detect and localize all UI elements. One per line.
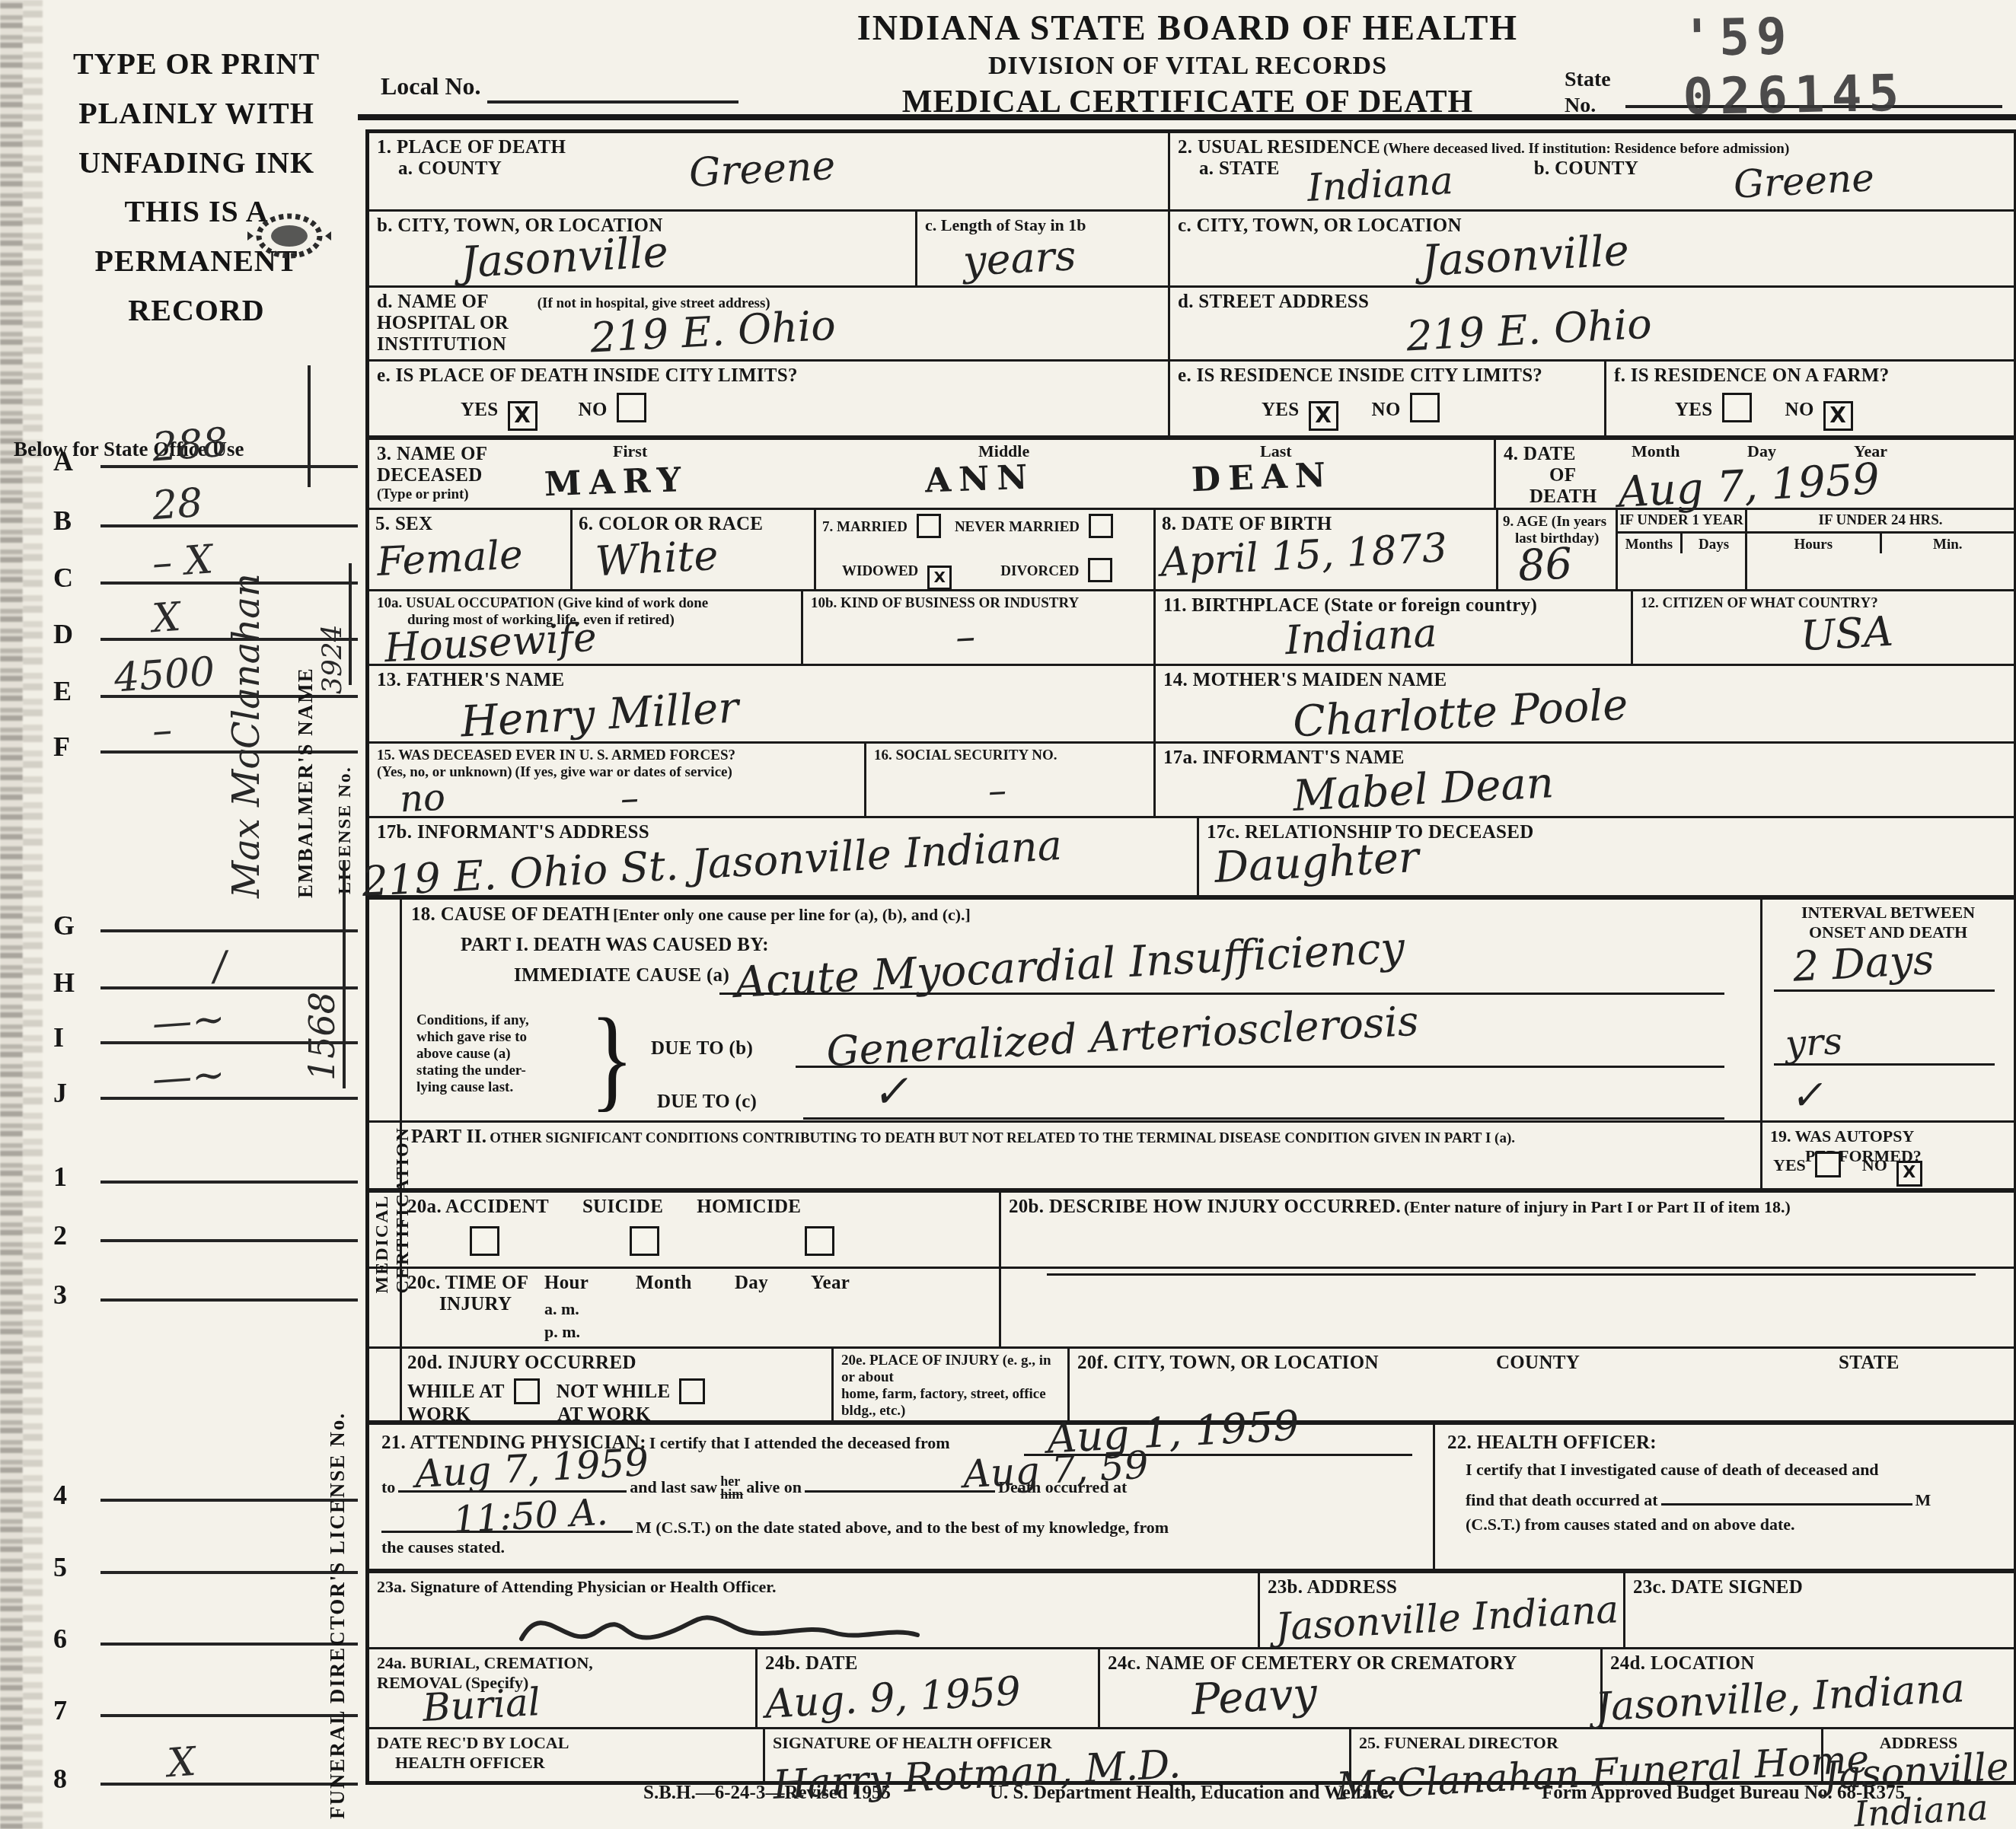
not-while-checkbox [679, 1378, 705, 1404]
armed-forces-war-value: – [620, 776, 640, 820]
yes-checkbox: X [508, 401, 537, 431]
state-office-line-5: 5 [53, 1528, 358, 1574]
line-label: 2 [53, 1219, 67, 1251]
armed-forces-note-1: (Yes, no, or unknown) [377, 764, 512, 780]
field-health-officer: 22. HEALTH OFFICER: I certify that I inv… [1435, 1425, 2014, 1569]
header-separator [358, 114, 2016, 120]
while-at-work-checkbox [514, 1378, 540, 1404]
hours-header: Hours [1747, 534, 1882, 553]
field-describe-injury: 20b. DESCRIBE HOW INJURY OCCURRED. (Ente… [1001, 1193, 2014, 1267]
month-header: Month [636, 1273, 692, 1294]
field-if-under-1-year: IF UNDER 1 YEAR Months Days [1618, 510, 1747, 589]
line-value: —~ [151, 1052, 227, 1103]
suicide-label: SUICIDE [582, 1196, 663, 1217]
line-label: 6 [53, 1623, 67, 1655]
cause-c-rule [803, 1117, 1724, 1120]
medical-certification-label: MEDICAL CERTIFICATION [372, 1031, 413, 1294]
age-label-1: 9. AGE (In years [1503, 514, 1611, 531]
line-rule [100, 1643, 358, 1646]
state-label: State [1565, 67, 1611, 93]
state-office-line-6: 6 [53, 1600, 358, 1646]
day-header: Day [735, 1273, 768, 1294]
line-value: – X [151, 537, 215, 586]
am-label: a. m. [544, 1299, 579, 1319]
death-certificate-scan: TYPE OR PRINT PLAINLY WITH UNFADING INK … [0, 0, 2016, 1829]
year-header: Year [811, 1273, 850, 1294]
field-citizen-of: 12. CITIZEN OF WHAT COUNTRY? USA [1633, 591, 2014, 664]
line-label: 8 [53, 1763, 67, 1795]
while-at-work-label-2: WORK [407, 1404, 471, 1425]
scan-edge-noise [0, 0, 23, 1829]
sex-value: Female [376, 532, 525, 585]
length-of-stay-label: c. Length of Stay in 1b [925, 215, 1160, 235]
yes-label: YES [1773, 1155, 1806, 1174]
funeral-director-license-value: 1568 [301, 898, 343, 1081]
accident-label: 20a. ACCIDENT [407, 1196, 549, 1217]
line-rule [100, 1714, 358, 1717]
injury-occurred-label: 20d. INJURY OCCURRED [407, 1353, 824, 1374]
line-value: X [151, 594, 182, 642]
line-label: 4 [53, 1479, 67, 1511]
burial-date-label: 24b. DATE [765, 1653, 1090, 1674]
conditions-line-4: stating the under- [416, 1063, 529, 1079]
no-check-mark: X [1829, 403, 1846, 428]
place-injury-label-1: 20e. PLACE OF INJURY (e. g., in or about [841, 1353, 1060, 1386]
state-office-line-8: 8X [53, 1740, 358, 1786]
part2-text: OTHER SIGNIFICANT CONDITIONS CONTRIBUTIN… [490, 1130, 1515, 1146]
field-health-officer-signature: SIGNATURE OF HEALTH OFFICER Harry Rotman… [765, 1729, 1351, 1781]
line-label: C [53, 562, 73, 594]
sex-label: 5. SEX [375, 514, 564, 535]
local-no-rule [487, 100, 738, 104]
field-place-of-death-county: 1. PLACE OF DEATH a. COUNTY Greene [369, 133, 1170, 209]
field-date-signed: 23c. DATE SIGNED [1625, 1573, 2014, 1647]
funeral-director-address-value-2: Indiana [1853, 1786, 1989, 1829]
field-length-of-stay: c. Length of Stay in 1b years [917, 212, 1170, 285]
no-label: NO [1785, 400, 1814, 420]
yes-check-mark: X [1315, 403, 1332, 428]
months-header: Months [1618, 534, 1683, 553]
due-to-c-label: DUE TO (c) [657, 1091, 757, 1113]
ssn-label: 16. SOCIAL SECURITY NO. [874, 747, 1146, 764]
field-injury-blank [1001, 1269, 2014, 1346]
father-label: 13. FATHER'S NAME [377, 670, 1146, 691]
field-time-of-injury: 20c. TIME OF Hour Month Day Year INJURY … [369, 1269, 1001, 1346]
married-label: 7. MARRIED [822, 519, 908, 535]
physician-text-4: alive on [746, 1477, 802, 1496]
widowed-mark: X [934, 568, 946, 586]
field-date-of-birth: 8. DATE OF BIRTH April 15, 1873 [1156, 510, 1498, 589]
field-death-inside-city-limits: e. IS PLACE OF DEATH INSIDE CITY LIMITS?… [369, 362, 1170, 435]
birthplace-value: Indiana [1284, 610, 1438, 664]
field-name-of-deceased: 3. NAME OF DECEASED (Type or print) Firs… [369, 440, 1496, 508]
line-value: 288 [151, 420, 229, 471]
yes-check-mark: X [514, 403, 531, 428]
state-no-label: State No. [1565, 67, 1611, 118]
never-married-checkbox [1089, 514, 1113, 538]
field-birthplace: 11. BIRTHPLACE (State or foreign country… [1156, 591, 1633, 664]
type-or-print-instructions: TYPE OR PRINT PLAINLY WITH UNFADING INK … [37, 40, 356, 336]
field-sex: 5. SEX Female [369, 510, 573, 589]
cemetery-location-value: Jasonville, Indiana [1594, 1665, 1966, 1730]
autopsy-label-1: 19. WAS AUTOPSY [1770, 1126, 2006, 1146]
father-value: Henry Miller [460, 683, 740, 747]
cause-a-value: Acute Myocardial Insufficiency [734, 923, 1406, 1008]
conditions-line-1: Conditions, if any, [416, 1012, 529, 1029]
part1-label: PART I. DEATH WAS CAUSED BY: [461, 935, 769, 956]
cause-b-value: Generalized Arteriosclerosis [825, 997, 1420, 1076]
line-rule [100, 1499, 358, 1502]
residence-city-value: Jasonville [1420, 226, 1630, 286]
armed-forces-value: no [399, 776, 447, 821]
residence-farm-label: f. IS RESIDENCE ON A FARM? [1614, 365, 2006, 387]
field-injury-occurred: 20d. INJURY OCCURRED WHILE AT NOT WHILE … [369, 1349, 834, 1420]
funeral-director-license-rule [343, 860, 346, 1088]
days-header: Days [1683, 534, 1745, 553]
first-name-value: MARY [544, 460, 689, 505]
widowed-checkbox: X [927, 566, 952, 590]
pm-label: p. m. [544, 1322, 580, 1342]
form-subtitle: DIVISION OF VITAL RECORDS [769, 52, 1606, 81]
conditions-line-5: lying cause last. [416, 1079, 529, 1096]
time-injury-label-1: 20c. TIME OF [407, 1273, 528, 1293]
field-signer-address: 23b. ADDRESS Jasonville Indiana [1260, 1573, 1625, 1647]
res-county-label: b. COUNTY [1534, 158, 1638, 179]
state-office-line-4: 4 [53, 1456, 358, 1502]
field-residence-city: c. CITY, TOWN, OR LOCATION Jasonville [1170, 212, 2014, 285]
field-marital-status: 7. MARRIED NEVER MARRIED WIDOWEDX DIVORC… [816, 510, 1156, 589]
line-rule [100, 1097, 358, 1100]
no-checkbox [1410, 393, 1440, 422]
state-office-line-1: 1 [53, 1138, 358, 1184]
health-officer-label: 22. HEALTH OFFICER: [1447, 1432, 2002, 1454]
line-value: X [166, 1739, 197, 1786]
line-rule [100, 1239, 358, 1242]
him-word: him [720, 1486, 743, 1502]
state-office-line-3: 3 [53, 1256, 358, 1302]
not-while-label-1: NOT WHILE [557, 1381, 671, 1402]
instruction-line: TYPE OR PRINT [37, 40, 356, 89]
section2-note: (Where deceased lived. If institution: R… [1383, 141, 1789, 157]
divorced-checkbox [1088, 558, 1112, 582]
residence-state-value: Indiana [1306, 158, 1455, 210]
conditions-line-3: above cause (a) [416, 1046, 529, 1063]
no-label: NO [1862, 1155, 1887, 1174]
field-armed-forces: 15. WAS DECEASED EVER IN U. S. ARMED FOR… [369, 744, 866, 816]
armed-forces-label: 15. WAS DECEASED EVER IN U. S. ARMED FOR… [377, 747, 856, 764]
yes-checkbox: X [1309, 401, 1338, 431]
middle-name-value: ANN [924, 457, 1035, 500]
line-value: 28 [151, 480, 204, 529]
while-at-work-label-1: WHILE AT [407, 1381, 505, 1402]
residence-city-limits-label: e. IS RESIDENCE INSIDE CITY LIMITS? [1178, 365, 1597, 387]
citizen-value: USA [1799, 607, 1894, 660]
field-if-under-24-hrs: IF UNDER 24 HRS. Hours Min. [1747, 510, 2014, 589]
accident-checkbox [470, 1226, 499, 1256]
field-signature-attending: 23a. Signature of Attending Physician or… [369, 1573, 1260, 1647]
line-label: 7 [53, 1694, 67, 1726]
field-cemetery-name: 24c. NAME OF CEMETERY OR CREMATORY Peavy [1100, 1649, 1603, 1727]
line-value: —~ [151, 996, 227, 1047]
interval-header-1: INTERVAL BETWEEN [1762, 900, 2014, 922]
notary-seal-icon [247, 206, 331, 266]
cemetery-label: 24c. NAME OF CEMETERY OR CREMATORY [1108, 1653, 1593, 1674]
interval-b-value: yrs [1785, 1020, 1844, 1066]
conditions-brace: } [590, 993, 634, 1125]
state-file-number-stamp: '59 026145 [1682, 3, 2016, 126]
certificate-form: 1. PLACE OF DEATH a. COUNTY Greene 2. US… [365, 129, 2016, 1785]
instruction-line: UNFADING INK [37, 139, 356, 188]
field-cause-of-death: 18. CAUSE OF DEATH [Enter only one cause… [369, 900, 1762, 1120]
describe-injury-note: (Enter nature of injury in Part I or Par… [1404, 1197, 1791, 1216]
race-value: White [594, 531, 719, 585]
field-residence-inside-city-limits: e. IS RESIDENCE INSIDE CITY LIMITS? YESX… [1170, 362, 1606, 435]
month-header: Month [1632, 441, 1680, 461]
conditions-line-2: which gave rise to [416, 1029, 529, 1046]
physician-text-2: to [381, 1477, 395, 1496]
field-interval-onset-death: INTERVAL BETWEEN ONSET AND DEATH 2 Days … [1762, 900, 2014, 1120]
not-while-label-2: AT WORK [557, 1404, 650, 1425]
line-label: B [53, 505, 72, 537]
last-name-value: DEAN [1191, 456, 1334, 499]
autopsy-no-mark: X [1903, 1163, 1916, 1182]
line-label: G [53, 910, 75, 942]
embalmer-name-label: EMBALMER'S NAME [294, 502, 317, 898]
min-header: Min. [1882, 534, 2014, 553]
yes-checkbox [1722, 393, 1752, 422]
no-checkbox [617, 393, 646, 422]
attending-physician-signature [506, 1593, 933, 1654]
state-office-line-7: 7 [53, 1671, 358, 1717]
describe-injury-label: 20b. DESCRIBE HOW INJURY OCCURRED. [1009, 1196, 1401, 1217]
field-age: 9. AGE (In years last birthday) 86 [1498, 510, 1618, 589]
instruction-line: RECORD [37, 286, 356, 336]
field-color-or-race: 6. COLOR OR RACE White [573, 510, 816, 589]
field-burial-date: 24b. DATE Aug. 9, 1959 [758, 1649, 1100, 1727]
no-checkbox: X [1823, 401, 1853, 431]
health-officer-text-1: I certify that I investigated cause of d… [1466, 1460, 2002, 1480]
autopsy-no-checkbox: X [1896, 1161, 1922, 1187]
informant-label: 17a. INFORMANT'S NAME [1163, 747, 2006, 769]
field-social-security-no: 16. SOCIAL SECURITY NO. – [866, 744, 1156, 816]
under-24-hrs-header: IF UNDER 24 HRS. [1747, 510, 2014, 534]
line-rule [100, 1783, 358, 1786]
yes-label: YES [1262, 400, 1300, 420]
homicide-label: HOMICIDE [697, 1196, 801, 1217]
line-label: 5 [53, 1551, 67, 1583]
line-label: H [53, 967, 75, 999]
line-value: / [212, 943, 228, 989]
field-usual-residence: 2. USUAL RESIDENCE (Where deceased lived… [1170, 133, 2014, 209]
ssn-value: – [987, 769, 1008, 812]
injury-county-header: COUNTY [1496, 1353, 1580, 1374]
injury-state-header: STATE [1839, 1353, 1900, 1374]
suicide-checkbox [630, 1226, 659, 1256]
line-label: 1 [53, 1161, 67, 1193]
health-officer-text-4: (C.S.T.) from causes stated and on above… [1466, 1515, 2002, 1534]
field-fathers-name: 13. FATHER'S NAME Henry Miller [369, 666, 1156, 741]
line-rule [100, 1571, 358, 1574]
field-funeral-director: 25. FUNERAL DIRECTOR McClanahan Funeral … [1351, 1729, 1823, 1781]
residence-county-value: Greene [1733, 155, 1876, 207]
county-value: Greene [688, 143, 837, 196]
injury-answer-rule [1047, 1273, 1976, 1276]
physician-text-6: M (C.S.T.) on the date stated above, and… [636, 1518, 1169, 1537]
field-autopsy: 19. WAS AUTOPSY PERFORMED? YES NOX [1762, 1123, 2014, 1188]
hour-header: Hour [544, 1273, 589, 1294]
widowed-label: WIDOWED [842, 563, 918, 579]
interval-c-mark: ✓ [1788, 1072, 1824, 1120]
medical-certification-strip: MEDICAL CERTIFICATION [369, 900, 402, 1425]
field-accident-suicide-homicide: 20a. ACCIDENT SUICIDE HOMICIDE [369, 1193, 1001, 1267]
physician-text-7: the causes stated. [381, 1537, 1421, 1557]
field-residence-on-farm: f. IS RESIDENCE ON A FARM? YES NOX [1606, 362, 2014, 435]
cemetery-value: Peavy [1190, 1669, 1318, 1725]
married-checkbox [917, 514, 941, 538]
health-officer-text-2: find that death occurred at [1466, 1490, 1658, 1509]
state-office-line-2: 2 [53, 1196, 358, 1242]
autopsy-yes-checkbox [1815, 1152, 1841, 1177]
line-label: E [53, 675, 72, 707]
field-place-of-injury: 20e. PLACE OF INJURY (e. g., in or about… [834, 1349, 1070, 1420]
her-him-stack: herhim [720, 1475, 743, 1501]
state-office-line-a: A288 [53, 422, 358, 468]
yes-label: YES [1675, 400, 1713, 420]
line-value: – [151, 707, 174, 754]
death-time-value: 11:50 A. [452, 1491, 609, 1542]
homicide-checkbox [805, 1226, 834, 1256]
field-burial-cremation: 24a. BURIAL, CREMATION, REMOVAL (Specify… [369, 1649, 758, 1727]
embalmer-license-rule [349, 563, 352, 685]
field-date-of-death: 4. DATE OF DEATH Month Day Year Aug 7, 1… [1496, 440, 2014, 508]
place-injury-label-2: home, farm, factory, street, office bldg… [841, 1386, 1060, 1420]
divorced-label: DIVORCED [1000, 563, 1079, 579]
age-value: 86 [1517, 539, 1574, 591]
field-attending-physician: 21. ATTENDING PHYSICIAN: I certify that … [369, 1425, 1435, 1569]
embalmer-name-rule [308, 365, 311, 487]
immediate-cause-label: IMMEDIATE CAUSE (a) [514, 965, 729, 986]
field-cemetery-location: 24d. LOCATION Jasonville, Indiana [1603, 1649, 2014, 1727]
field-mothers-maiden-name: 14. MOTHER'S MAIDEN NAME Charlotte Poole [1156, 666, 2014, 741]
yes-label: YES [461, 400, 499, 420]
line-label: J [53, 1077, 67, 1109]
instruction-line: PLAINLY WITH [37, 89, 356, 139]
city-of-death-value: Jasonville [459, 228, 669, 288]
due-to-b-label: DUE TO (b) [651, 1038, 753, 1059]
field-hospital-or-institution: d. NAME OF (If not in hospital, give str… [369, 288, 1170, 359]
time-injury-label-2: INJURY [439, 1294, 991, 1315]
interval-a-value: 2 Days [1791, 935, 1935, 991]
business-value: – [954, 613, 976, 660]
field-part2-conditions: PART II. OTHER SIGNIFICANT CONDITIONS CO… [369, 1123, 1762, 1188]
section2-title: 2. USUAL RESIDENCE [1178, 137, 1380, 158]
citizen-label: 12. CITIZEN OF WHAT COUNTRY? [1641, 595, 2006, 612]
length-of-stay-value: years [962, 231, 1077, 285]
date-received-label-1: DATE REC'D BY LOCAL [377, 1733, 755, 1753]
field-informants-name: 17a. INFORMANT'S NAME Mabel Dean [1156, 744, 2014, 816]
field-street-address: d. STREET ADDRESS 219 E. Ohio [1170, 288, 2014, 359]
field-usual-occupation: 10a. USUAL OCCUPATION (Give kind of work… [369, 591, 803, 664]
cause-c-mark: ✓ [870, 1065, 910, 1118]
funeral-director-license-label: FUNERAL DIRECTOR'S LICENSE No. [326, 1088, 349, 1819]
line-value: 4500 [113, 648, 216, 701]
line-rule [100, 1298, 358, 1302]
field-date-received: DATE REC'D BY LOCAL HEALTH OFFICER [369, 1729, 765, 1781]
local-no-label: Local No. [381, 72, 481, 100]
line-label: A [53, 445, 73, 477]
occupation-label-1: 10a. USUAL OCCUPATION (Give kind of work… [377, 595, 793, 612]
field-city-of-death: b. CITY, TOWN, OR LOCATION Jasonville [369, 212, 917, 285]
state-label: a. STATE [1199, 158, 1280, 179]
date-signed-label: 23c. DATE SIGNED [1633, 1577, 2006, 1598]
burial-value: Burial [422, 1680, 541, 1730]
death-city-limits-label: e. IS PLACE OF DEATH INSIDE CITY LIMITS? [377, 365, 1160, 387]
day-header: Day [1747, 441, 1776, 461]
cause-bracket: [Enter only one cause per line for (a), … [613, 905, 971, 924]
field-informants-address: 17b. INFORMANT'S ADDRESS 219 E. Ohio St.… [369, 818, 1199, 895]
part2-label: PART II. [411, 1126, 486, 1147]
line-label: 3 [53, 1279, 67, 1311]
burial-label-1: 24a. BURIAL, CREMATION, [377, 1653, 748, 1673]
first-header: First [613, 441, 647, 461]
physician-text-1: I certify that I attended the deceased f… [649, 1433, 950, 1452]
embalmer-name-handwriting: Max McClanahan [225, 365, 268, 898]
form-title: INDIANA STATE BOARD OF HEALTH [769, 8, 1606, 48]
hospital-label-1: d. NAME OF [377, 292, 489, 312]
business-label: 10b. KIND OF BUSINESS OR INDUSTRY [811, 595, 1146, 612]
line-rule [100, 1181, 358, 1184]
date-received-label-2: HEALTH OFFICER [395, 1753, 755, 1773]
no-label: NO [579, 400, 608, 420]
never-married-label: NEVER MARRIED [955, 519, 1080, 535]
embalmer-license-value: 3924 [317, 580, 348, 694]
field-relationship: 17c. RELATIONSHIP TO DECEASED Daughter [1199, 818, 2014, 895]
health-officer-text-3: M [1916, 1490, 1931, 1509]
relationship-value: Daughter [1213, 833, 1420, 893]
injury-city-label: 20f. CITY, TOWN, OR LOCATION [1077, 1353, 1379, 1373]
line-label: I [53, 1021, 64, 1053]
cause-label: 18. CAUSE OF DEATH [411, 904, 610, 925]
line-label: D [53, 618, 73, 650]
line-label: F [53, 731, 70, 763]
burial-date-value: Aug. 9, 1959 [764, 1668, 1022, 1727]
no-label: NO [1372, 400, 1401, 420]
field-kind-of-business: 10b. KIND OF BUSINESS OR INDUSTRY – [803, 591, 1156, 664]
